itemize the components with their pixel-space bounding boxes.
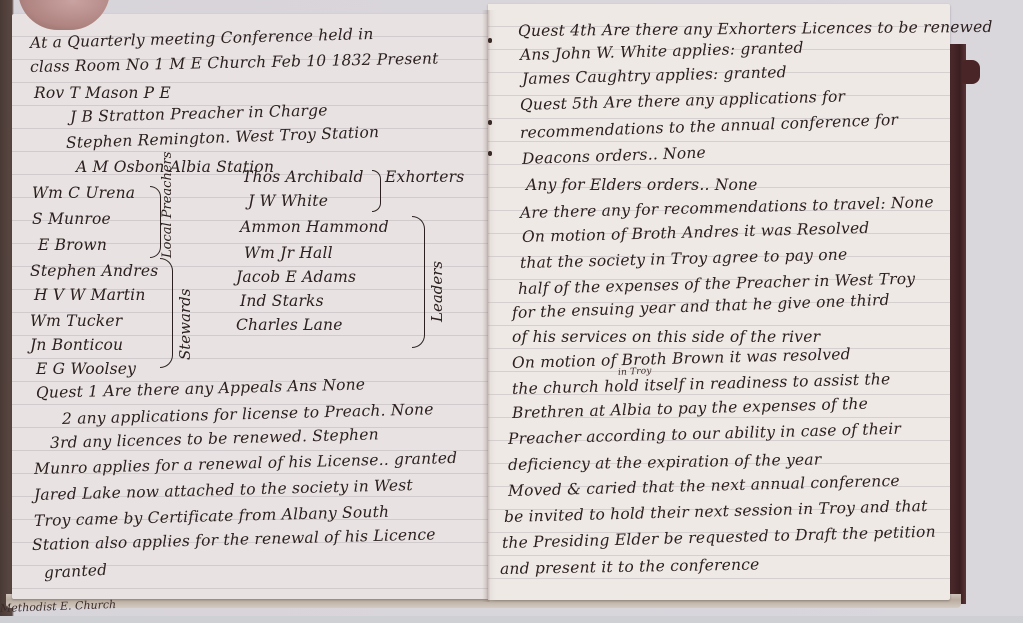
header-line-3: Rov T Mason P E bbox=[34, 84, 171, 102]
stewards-bracket bbox=[160, 258, 173, 368]
question-line: granted bbox=[44, 561, 108, 582]
steward-name: E G Woolsey bbox=[36, 360, 136, 378]
leader-name: Ind Starks bbox=[240, 292, 324, 310]
leaders-bracket bbox=[412, 216, 425, 348]
spine-stitch bbox=[488, 151, 492, 156]
right-line: of his services on this side of the rive… bbox=[512, 328, 820, 346]
exhorters-bracket bbox=[372, 170, 381, 212]
stewards-label: Stewards bbox=[176, 289, 194, 360]
steward-name: Stephen Andres bbox=[30, 262, 158, 280]
exhorters-label: Exhorters bbox=[385, 168, 464, 186]
book-spine bbox=[482, 10, 496, 602]
bookmark-ribbon bbox=[950, 44, 966, 604]
local-preachers-label: Local Preachers bbox=[160, 152, 175, 258]
leader-name: Ammon Hammond bbox=[240, 218, 389, 236]
right-line: Any for Elders orders.. None bbox=[526, 176, 758, 194]
steward-name: Wm Tucker bbox=[30, 312, 122, 330]
leader-name: Jacob E Adams bbox=[236, 268, 356, 286]
local-preacher-name: S Munroe bbox=[32, 210, 111, 228]
photo-bottom-edge bbox=[0, 616, 1023, 623]
spine-stitch bbox=[488, 38, 492, 43]
leader-name: Wm Jr Hall bbox=[244, 244, 333, 262]
exhorter-name: Thos Archibald bbox=[242, 168, 364, 186]
local-preacher-name: E Brown bbox=[38, 236, 107, 254]
exhorter-name: J W White bbox=[248, 192, 328, 210]
leader-name: Charles Lane bbox=[236, 316, 343, 334]
bookmark-ribbon-end bbox=[962, 60, 980, 84]
leaders-label: Leaders bbox=[428, 261, 446, 322]
steward-name: Jn Bonticou bbox=[30, 336, 123, 354]
local-preacher-name: Wm C Urena bbox=[32, 184, 135, 202]
spine-stitch bbox=[488, 120, 492, 125]
steward-name: H V W Martin bbox=[34, 286, 146, 304]
